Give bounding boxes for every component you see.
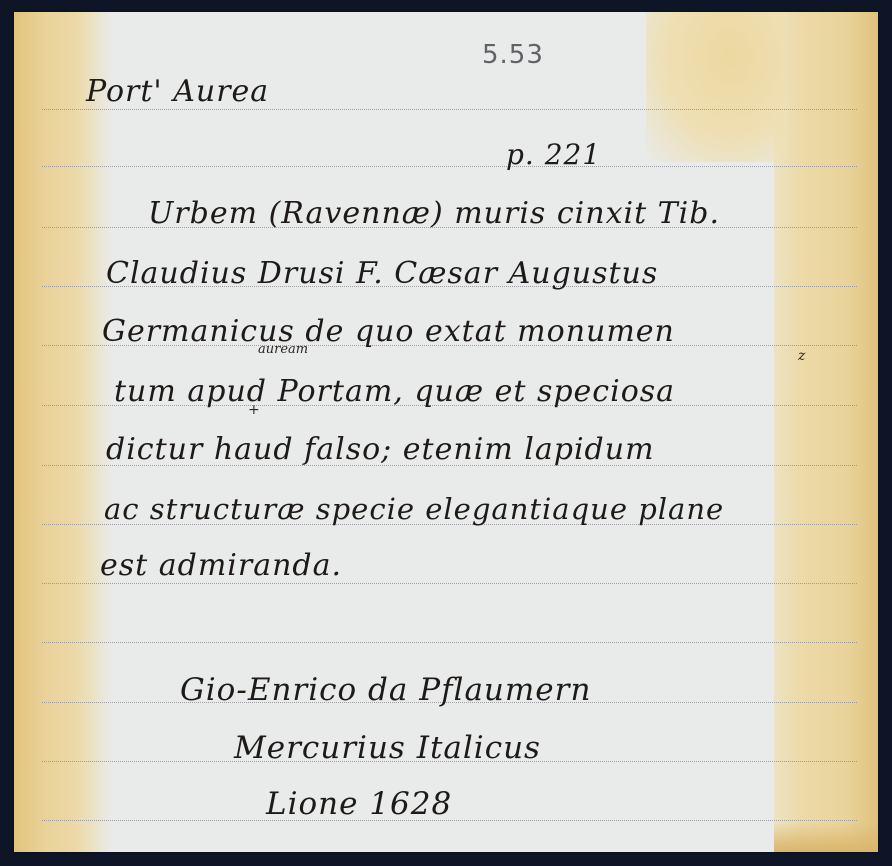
insertion-mark: + (248, 402, 260, 418)
body-line-5: dictur haud falso; etenim lapidum (106, 432, 655, 467)
signature-place-date: Lione 1628 (266, 786, 452, 822)
ruled-line (42, 166, 857, 167)
stain-left-band (14, 12, 96, 852)
signature-name: Gio-Enrico da Pflaumern (180, 672, 591, 708)
photo-background: 5.53 Port' Aurea p. 221 Urbem (Ravennæ) … (0, 0, 892, 866)
body-line-4: tum apud Portam, quæ et speciosa (114, 374, 675, 409)
stain-right-band (774, 12, 878, 852)
page-reference: p. 221 (506, 138, 601, 171)
ruled-line (42, 109, 857, 110)
ruled-line (42, 583, 857, 584)
stain-top-right (646, 12, 786, 162)
signature-title: Mercurius Italicus (234, 730, 541, 766)
margin-mark: z (798, 348, 805, 364)
catalog-number: 5.53 (482, 40, 544, 70)
body-line-2: Claudius Drusi F. Cæsar Augustus (106, 256, 658, 291)
index-card: 5.53 Port' Aurea p. 221 Urbem (Ravennæ) … (14, 12, 878, 852)
interlinear-insertion: auream (258, 342, 308, 357)
body-line-6: ac structuræ specie elegantiaque plane (104, 492, 724, 526)
body-line-7: est admiranda. (100, 548, 342, 583)
card-heading: Port' Aurea (86, 74, 269, 109)
body-line-3: Germanicus de quo extat monumen (102, 314, 675, 349)
stain-bottom-right (774, 822, 878, 852)
body-line-1: Urbem (Ravennæ) muris cinxit Tib. (148, 196, 720, 231)
ruled-line (42, 642, 857, 643)
